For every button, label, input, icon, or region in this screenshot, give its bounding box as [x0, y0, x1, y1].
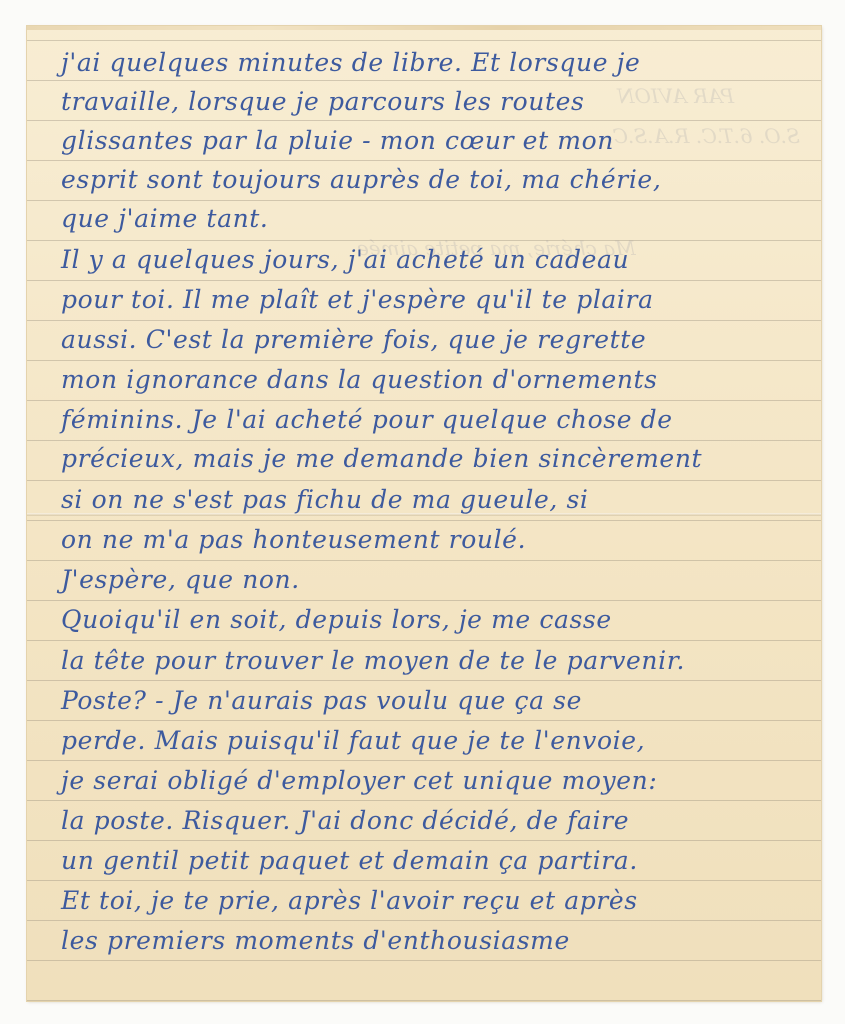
ruled-line [27, 880, 821, 881]
ruled-line [27, 120, 821, 121]
ruled-line [27, 280, 821, 281]
ruled-line [27, 560, 821, 561]
ruled-line [27, 240, 821, 241]
ruled-line [27, 200, 821, 201]
text-line: Quoiqu'il en soit, depuis lors, je me ca… [61, 607, 612, 632]
text-line: un gentil petit paquet et demain ça part… [61, 848, 638, 873]
text-line: si on ne s'est pas fichu de ma gueule, s… [61, 487, 589, 512]
ruled-line [27, 80, 821, 81]
text-line: la tête pour trouver le moyen de te le p… [61, 648, 685, 673]
ruled-line [27, 760, 821, 761]
ruled-line [27, 960, 821, 961]
ruled-line [27, 840, 821, 841]
ruled-line [27, 360, 821, 361]
text-line: que j'aime tant. [61, 206, 268, 231]
text-line: esprit sont toujours auprès de toi, ma c… [61, 167, 661, 192]
ruled-line [27, 520, 821, 521]
text-line: Il y a quelques jours, j'ai acheté un ca… [61, 247, 629, 272]
ruled-line [27, 640, 821, 641]
bleed-through-text: PAR AVION [617, 84, 734, 108]
text-line: féminins. Je l'ai acheté pour quelque ch… [61, 407, 673, 432]
text-line: je serai obligé d'employer cet unique mo… [61, 768, 657, 793]
text-line: Et toi, je te prie, après l'avoir reçu e… [61, 888, 638, 913]
text-line: Poste? - Je n'aurais pas voulu que ça se [61, 688, 582, 713]
text-line: aussi. C'est la première fois, que je re… [61, 327, 646, 352]
text-line: mon ignorance dans la question d'ornemen… [61, 367, 658, 392]
text-line: la poste. Risquer. J'ai donc décidé, de … [61, 808, 629, 833]
ruled-line [27, 600, 821, 601]
ruled-line [27, 920, 821, 921]
text-line: on ne m'a pas honteusement roulé. [61, 527, 526, 552]
ruled-line [27, 680, 821, 681]
text-line: perde. Mais puisqu'il faut que je te l'e… [61, 728, 645, 753]
ruled-line [27, 1000, 821, 1001]
ruled-line [27, 480, 821, 481]
text-line: les premiers moments d'enthousiasme [61, 928, 570, 953]
text-line: glissantes par la pluie - mon cœur et mo… [61, 128, 614, 153]
ruled-line [27, 320, 821, 321]
ruled-line [27, 160, 821, 161]
letter-page: PAR AVION S.O. 6.T.C. R.A.S.C. Ma chérie… [27, 26, 821, 1001]
text-line: pour toi. Il me plaît et j'espère qu'il … [61, 287, 654, 312]
text-line: J'espère, que non. [61, 567, 300, 592]
ruled-line [27, 800, 821, 801]
text-line: travaille, lorsque je parcours les route… [61, 89, 584, 114]
ruled-line [27, 720, 821, 721]
text-line: précieux, mais je me demande bien sincèr… [61, 446, 702, 471]
ruled-line [27, 440, 821, 441]
ruled-line [27, 40, 821, 41]
text-line: j'ai quelques minutes de libre. Et lorsq… [61, 50, 640, 75]
ruled-line [27, 400, 821, 401]
bleed-through-text: S.O. 6.T.C. R.A.S.C. [607, 124, 800, 148]
